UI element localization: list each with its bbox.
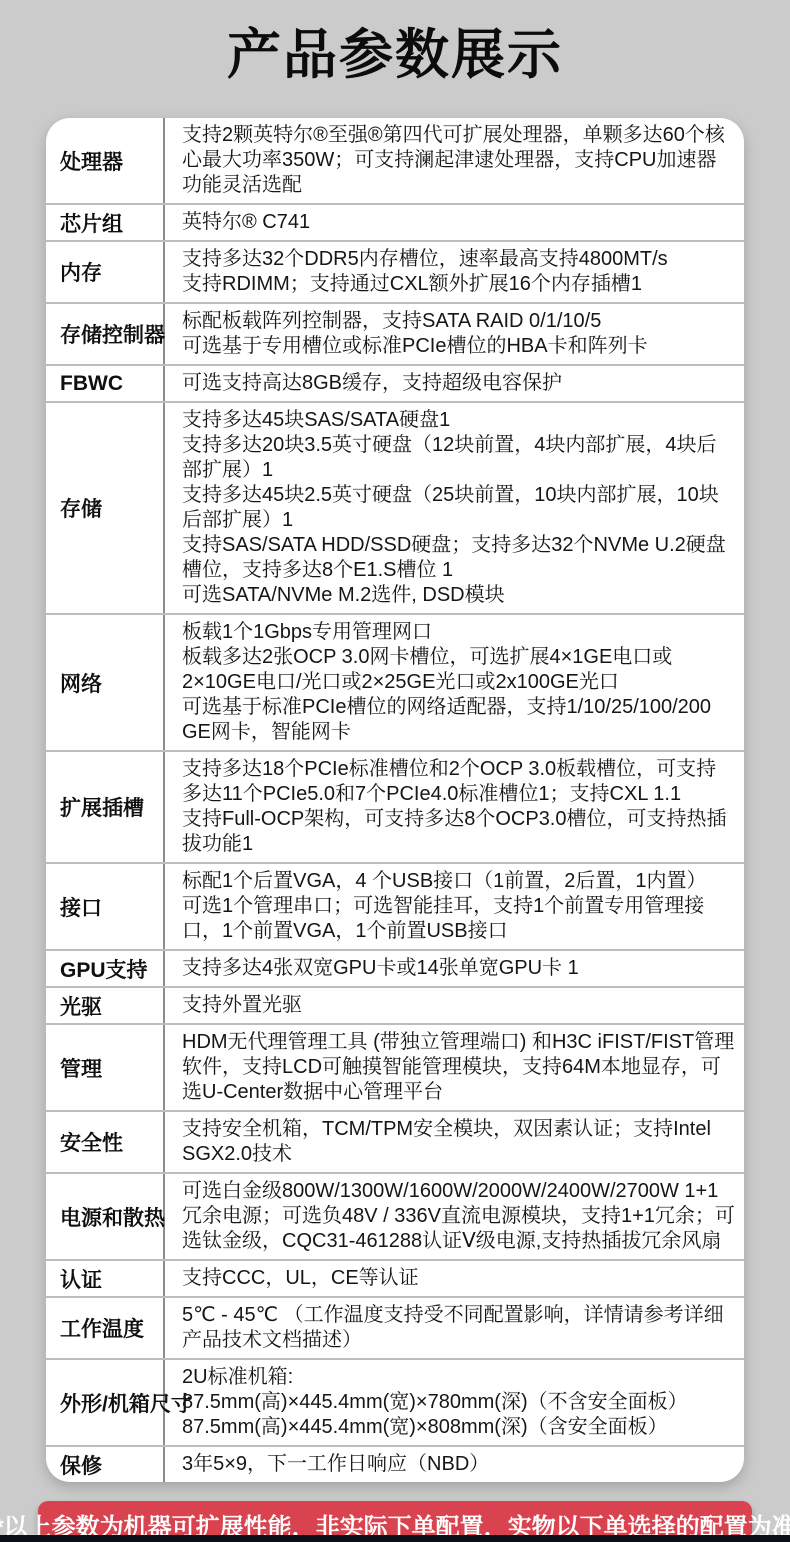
row-value: 板载1个1Gbps专用管理网口 板载多达2张OCP 3.0网卡槽位，可选扩展4×… (165, 615, 744, 750)
row-label: 扩展插槽 (46, 752, 165, 862)
table-row: FBWC 可选支持高达8GB缓存，支持超级电容保护 (46, 366, 744, 403)
row-value: 支持多达18个PCIe标准槽位和2个OCP 3.0板载槽位，可支持多达11个PC… (165, 752, 744, 862)
row-label: 内存 (46, 242, 165, 302)
row-label: 存储 (46, 403, 165, 613)
table-row: 认证 支持CCC，UL，CE等认证 (46, 1261, 744, 1298)
row-value: 支持安全机箱，TCM/TPM安全模块，双因素认证；支持Intel SGX2.0技… (165, 1112, 744, 1172)
table-row: 安全性 支持安全机箱，TCM/TPM安全模块，双因素认证；支持Intel SGX… (46, 1112, 744, 1174)
row-value: 支持多达45块SAS/SATA硬盘1 支持多达20块3.5英寸硬盘（12块前置，… (165, 403, 744, 613)
row-value: 英特尔® C741 (165, 205, 744, 240)
table-row: 保修 3年5×9，下一工作日响应（NBD） (46, 1447, 744, 1482)
row-value: 可选支持高达8GB缓存，支持超级电容保护 (165, 366, 744, 401)
row-label: FBWC (46, 366, 165, 401)
row-value: 支持CCC，UL，CE等认证 (165, 1261, 744, 1296)
table-row: GPU支持 支持多达4张双宽GPU卡或14张单宽GPU卡 1 (46, 951, 744, 988)
row-label: 管理 (46, 1025, 165, 1110)
row-label: 芯片组 (46, 205, 165, 240)
row-label: GPU支持 (46, 951, 165, 986)
table-row: 电源和散热 可选白金级800W/1300W/1600W/2000W/2400W/… (46, 1174, 744, 1261)
row-value: 支持2颗英特尔®至强®第四代可扩展处理器，单颗多达60个核心最大功率350W；可… (165, 118, 744, 203)
row-value: 支持多达32个DDR5内存槽位，速率最高支持4800MT/s 支持RDIMM；支… (165, 242, 744, 302)
table-row: 工作温度 5℃ - 45℃ （工作温度支持受不同配置影响，详情请参考详细产品技术… (46, 1298, 744, 1360)
row-value: 3年5×9，下一工作日响应（NBD） (165, 1447, 744, 1482)
table-row: 内存 支持多达32个DDR5内存槽位，速率最高支持4800MT/s 支持RDIM… (46, 242, 744, 304)
content-area: 处理器 支持2颗英特尔®至强®第四代可扩展处理器，单颗多达60个核心最大功率35… (0, 118, 790, 1542)
table-row: 处理器 支持2颗英特尔®至强®第四代可扩展处理器，单颗多达60个核心最大功率35… (46, 118, 744, 205)
row-value: 标配板载阵列控制器，支持SATA RAID 0/1/10/5 可选基于专用槽位或… (165, 304, 744, 364)
row-label: 处理器 (46, 118, 165, 203)
row-label: 电源和散热 (46, 1174, 165, 1259)
table-row: 存储 支持多达45块SAS/SATA硬盘1 支持多达20块3.5英寸硬盘（12块… (46, 403, 744, 615)
row-label: 认证 (46, 1261, 165, 1296)
row-value: 标配1个后置VGA，4 个USB接口（1前置，2后置，1内置） 可选1个管理串口… (165, 864, 744, 949)
table-row: 光驱 支持外置光驱 (46, 988, 744, 1025)
table-row: 外形/机箱尺寸 2U标准机箱: 87.5mm(高)×445.4mm(宽)×780… (46, 1360, 744, 1447)
row-label: 接口 (46, 864, 165, 949)
row-value: 2U标准机箱: 87.5mm(高)×445.4mm(宽)×780mm(深)（不含… (165, 1360, 744, 1445)
row-value: 5℃ - 45℃ （工作温度支持受不同配置影响，详情请参考详细产品技术文档描述） (165, 1298, 744, 1358)
row-label: 存储控制器 (46, 304, 165, 364)
table-row: 接口 标配1个后置VGA，4 个USB接口（1前置，2后置，1内置） 可选1个管… (46, 864, 744, 951)
row-label: 网络 (46, 615, 165, 750)
table-row: 芯片组 英特尔® C741 (46, 205, 744, 242)
row-value: 支持外置光驱 (165, 988, 744, 1023)
table-row: 扩展插槽 支持多达18个PCIe标准槽位和2个OCP 3.0板载槽位，可支持多达… (46, 752, 744, 864)
bottom-bar (0, 1535, 790, 1542)
row-value: 支持多达4张双宽GPU卡或14张单宽GPU卡 1 (165, 951, 744, 986)
row-value: HDM无代理管理工具 (带独立管理端口) 和H3C iFIST/FIST管理软件… (165, 1025, 744, 1110)
table-row: 网络 板载1个1Gbps专用管理网口 板载多达2张OCP 3.0网卡槽位，可选扩… (46, 615, 744, 752)
page-title: 产品参数展示 (0, 0, 790, 88)
table-row: 存储控制器 标配板载阵列控制器，支持SATA RAID 0/1/10/5 可选基… (46, 304, 744, 366)
row-label: 工作温度 (46, 1298, 165, 1358)
row-label: 外形/机箱尺寸 (46, 1360, 165, 1445)
row-label: 安全性 (46, 1112, 165, 1172)
row-label: 光驱 (46, 988, 165, 1023)
table-row: 管理 HDM无代理管理工具 (带独立管理端口) 和H3C iFIST/FIST管… (46, 1025, 744, 1112)
spec-table: 处理器 支持2颗英特尔®至强®第四代可扩展处理器，单颗多达60个核心最大功率35… (46, 118, 744, 1482)
row-value: 可选白金级800W/1300W/1600W/2000W/2400W/2700W … (165, 1174, 744, 1259)
row-label: 保修 (46, 1447, 165, 1482)
